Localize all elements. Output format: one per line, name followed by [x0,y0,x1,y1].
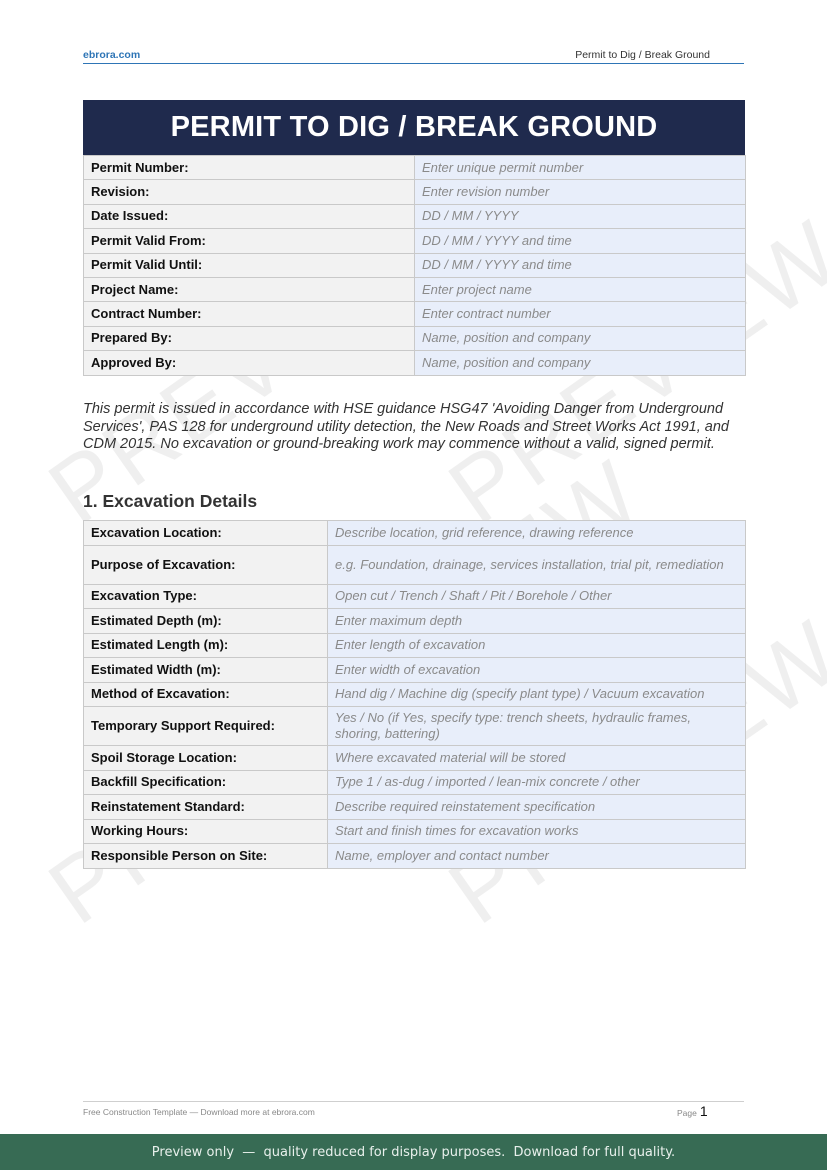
field-input[interactable]: Open cut / Trench / Shaft / Pit / Boreho… [328,584,746,609]
footer-text: Free Construction Template — Download mo… [83,1107,315,1117]
preview-banner: Preview only — quality reduced for displ… [0,1134,827,1170]
table-row: Excavation Type:Open cut / Trench / Shaf… [84,584,746,609]
field-input[interactable]: e.g. Foundation, drainage, services inst… [328,545,746,584]
field-input[interactable]: Start and finish times for excavation wo… [328,819,746,844]
field-label: Spoil Storage Location: [84,746,328,771]
table-row: Permit Valid Until:DD / MM / YYYY and ti… [84,253,746,277]
field-input[interactable]: Yes / No (if Yes, specify type: trench s… [328,707,746,746]
page-label: Page [677,1108,697,1118]
footer-divider [83,1101,744,1102]
field-input[interactable]: Enter project name [415,277,746,301]
table-row: Permit Valid From:DD / MM / YYYY and tim… [84,229,746,253]
table-row: Method of Excavation:Hand dig / Machine … [84,682,746,707]
field-input[interactable]: Name, position and company [415,351,746,375]
field-label: Method of Excavation: [84,682,328,707]
field-label: Permit Number: [84,156,415,180]
field-input[interactable]: Describe location, grid reference, drawi… [328,521,746,546]
section-heading-excavation: 1. Excavation Details [83,491,257,512]
table-row: Responsible Person on Site:Name, employe… [84,844,746,869]
field-label: Reinstatement Standard: [84,795,328,820]
field-input[interactable]: Describe required reinstatement specific… [328,795,746,820]
field-input[interactable]: Enter revision number [415,180,746,204]
table-row: Estimated Depth (m):Enter maximum depth [84,609,746,634]
field-input[interactable]: Hand dig / Machine dig (specify plant ty… [328,682,746,707]
field-input[interactable]: Name, position and company [415,326,746,350]
field-input[interactable]: Type 1 / as-dug / imported / lean-mix co… [328,770,746,795]
field-label: Working Hours: [84,819,328,844]
table-row: Date Issued:DD / MM / YYYY [84,204,746,228]
field-input[interactable]: Name, employer and contact number [328,844,746,869]
table-row: Contract Number:Enter contract number [84,302,746,326]
table-row: Working Hours:Start and finish times for… [84,819,746,844]
field-input[interactable]: Enter width of excavation [328,658,746,683]
intro-paragraph: This permit is issued in accordance with… [83,401,733,454]
field-input[interactable]: Enter contract number [415,302,746,326]
table-row: Backfill Specification:Type 1 / as-dug /… [84,770,746,795]
table-row: Project Name:Enter project name [84,277,746,301]
table-row: Estimated Width (m):Enter width of excav… [84,658,746,683]
field-input[interactable]: DD / MM / YYYY [415,204,746,228]
field-input[interactable]: DD / MM / YYYY and time [415,253,746,277]
field-label: Prepared By: [84,326,415,350]
field-label: Permit Valid From: [84,229,415,253]
field-label: Excavation Location: [84,521,328,546]
table-row: Excavation Location:Describe location, g… [84,521,746,546]
field-label: Backfill Specification: [84,770,328,795]
table-row: Purpose of Excavation:e.g. Foundation, d… [84,545,746,584]
field-input[interactable]: Enter length of excavation [328,633,746,658]
field-label: Responsible Person on Site: [84,844,328,869]
field-input[interactable]: Enter unique permit number [415,156,746,180]
page-title: PERMIT TO DIG / BREAK GROUND [83,100,745,155]
table-row: Revision:Enter revision number [84,180,746,204]
field-label: Approved By: [84,351,415,375]
table-row: Prepared By:Name, position and company [84,326,746,350]
permit-details-table: Permit Number:Enter unique permit number… [83,155,746,376]
excavation-details-table: Excavation Location:Describe location, g… [83,520,746,869]
field-input[interactable]: DD / MM / YYYY and time [415,229,746,253]
table-row: Approved By:Name, position and company [84,351,746,375]
table-row: Estimated Length (m):Enter length of exc… [84,633,746,658]
brand-link[interactable]: ebrora.com [83,49,140,61]
field-input[interactable]: Enter maximum depth [328,609,746,634]
field-label: Permit Valid Until: [84,253,415,277]
page-header: ebrora.com Permit to Dig / Break Ground [83,48,744,64]
table-row: Reinstatement Standard:Describe required… [84,795,746,820]
field-label: Excavation Type: [84,584,328,609]
table-row: Spoil Storage Location:Where excavated m… [84,746,746,771]
field-label: Purpose of Excavation: [84,545,328,584]
field-label: Contract Number: [84,302,415,326]
field-input[interactable]: Where excavated material will be stored [328,746,746,771]
field-label: Revision: [84,180,415,204]
table-row: Temporary Support Required:Yes / No (if … [84,707,746,746]
document-name: Permit to Dig / Break Ground [575,49,710,61]
page-number: 1 [700,1103,708,1119]
field-label: Estimated Depth (m): [84,609,328,634]
field-label: Date Issued: [84,204,415,228]
field-label: Estimated Length (m): [84,633,328,658]
field-label: Project Name: [84,277,415,301]
table-row: Permit Number:Enter unique permit number [84,156,746,180]
field-label: Estimated Width (m): [84,658,328,683]
field-label: Temporary Support Required: [84,707,328,746]
page-indicator: Page1 [677,1103,708,1119]
